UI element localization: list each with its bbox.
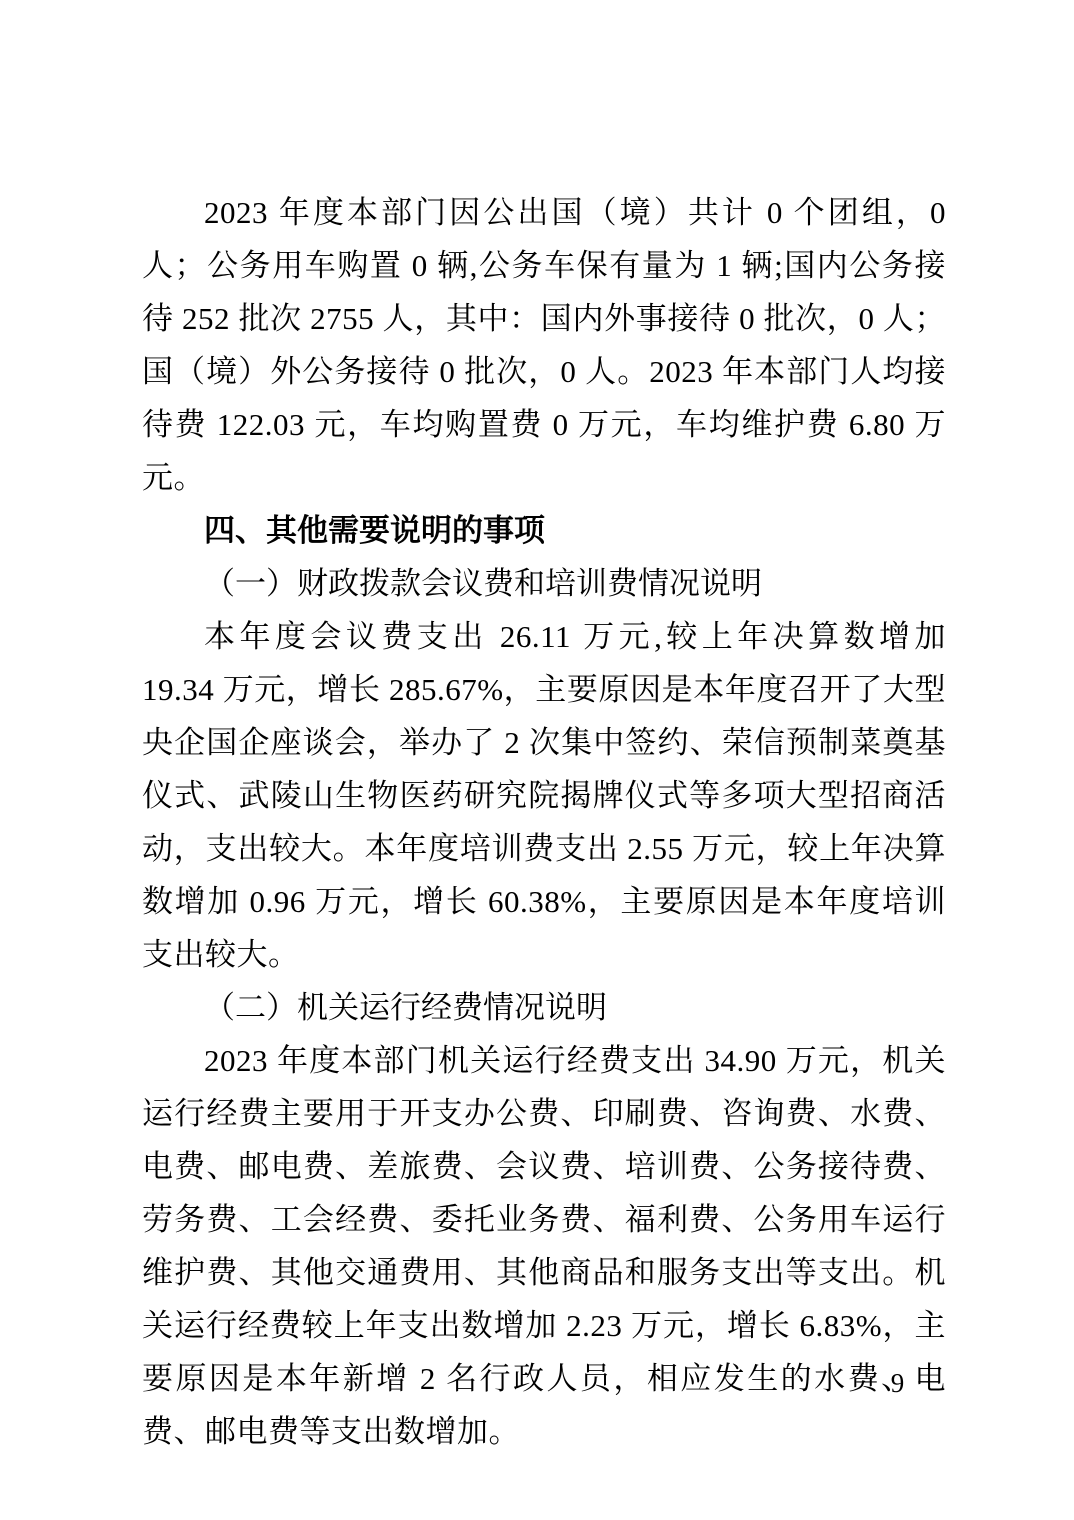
paragraph-official-travel-stats: 2023 年度本部门因公出国（境）共计 0 个团组，0 人；公务用车购置 0 辆… [142, 186, 946, 504]
paragraph-operating-expenses: 2023 年度本部门机关运行经费支出 34.90 万元，机关运行经费主要用于开支… [142, 1034, 946, 1458]
subsection-heading-operating-expenses: （二）机关运行经费情况说明 [142, 981, 946, 1034]
page-number: － 9 － [853, 1366, 944, 1400]
document-page: 2023 年度本部门因公出国（境）共计 0 个团组，0 人；公务用车购置 0 辆… [0, 0, 1074, 1520]
paragraph-meeting-training-fees: 本年度会议费支出 26.11 万元,较上年决算数增加 19.34 万元，增长 2… [142, 610, 946, 981]
document-body: 2023 年度本部门因公出国（境）共计 0 个团组，0 人；公务用车购置 0 辆… [142, 186, 946, 1458]
section-heading-other-matters: 四、其他需要说明的事项 [142, 504, 946, 557]
subsection-heading-meeting-training-fees: （一）财政拨款会议费和培训费情况说明 [142, 557, 946, 610]
